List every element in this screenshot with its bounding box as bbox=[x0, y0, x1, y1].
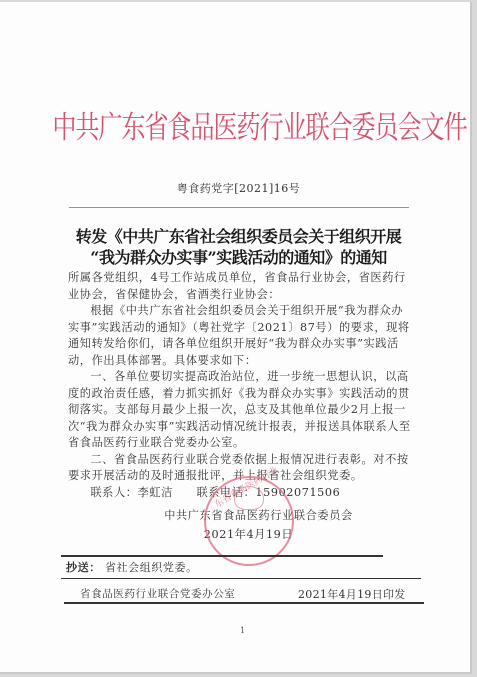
requirement-item-1: 一、各单位要切实提高政治站位，进一步统一思想认识，以高度的政治责任感，着力抓实抓… bbox=[68, 369, 413, 452]
official-seal-stamp: 东省食品医药行业 bbox=[204, 476, 294, 566]
red-separator-line bbox=[69, 207, 409, 208]
cc-label: 抄送： bbox=[66, 561, 101, 574]
document-number: 粤食药党字[2021]16号 bbox=[0, 180, 477, 196]
cc-value: 省社会组织党委。 bbox=[105, 561, 198, 574]
org-header-title: 中共广东省食品医药行业联合委员会文件 bbox=[52, 102, 424, 147]
intro-paragraph: 根据《中共广东省社会组织委员会关于组织开展“我为群众办实事”实践活动的通知》（粤… bbox=[68, 303, 413, 369]
notice-title-line-2: “我为群众办实事”实践活动的通知》的通知 bbox=[0, 245, 477, 268]
notice-title-line-1: 转发《中共广东省社会组织委员会关于组织开展 bbox=[0, 224, 477, 247]
recipients-paragraph: 所属各党组织，4号工作站成员单位，省食品行业协会，省医药行业协会，省保健协会，省… bbox=[68, 270, 413, 303]
issue-date: 2021年4月19日印发 bbox=[298, 586, 406, 602]
cc-bottom-rule bbox=[61, 578, 421, 579]
page-mark: 1 bbox=[240, 626, 245, 635]
document-page: 中共广东省食品医药行业联合委员会文件 粤食药党字[2021]16号 转发《中共广… bbox=[0, 2, 472, 674]
footer-bottom-rule bbox=[64, 602, 424, 604]
issuer-office: 省食品医药行业联合党委办公室 bbox=[80, 586, 235, 601]
cc-top-rule bbox=[61, 555, 383, 557]
cc-line: 抄送： 省社会组织党委。 bbox=[66, 559, 198, 575]
document-body: 所属各党组织，4号工作站成员单位，省食品行业协会，省医药行业协会，省保健协会，省… bbox=[68, 270, 413, 501]
